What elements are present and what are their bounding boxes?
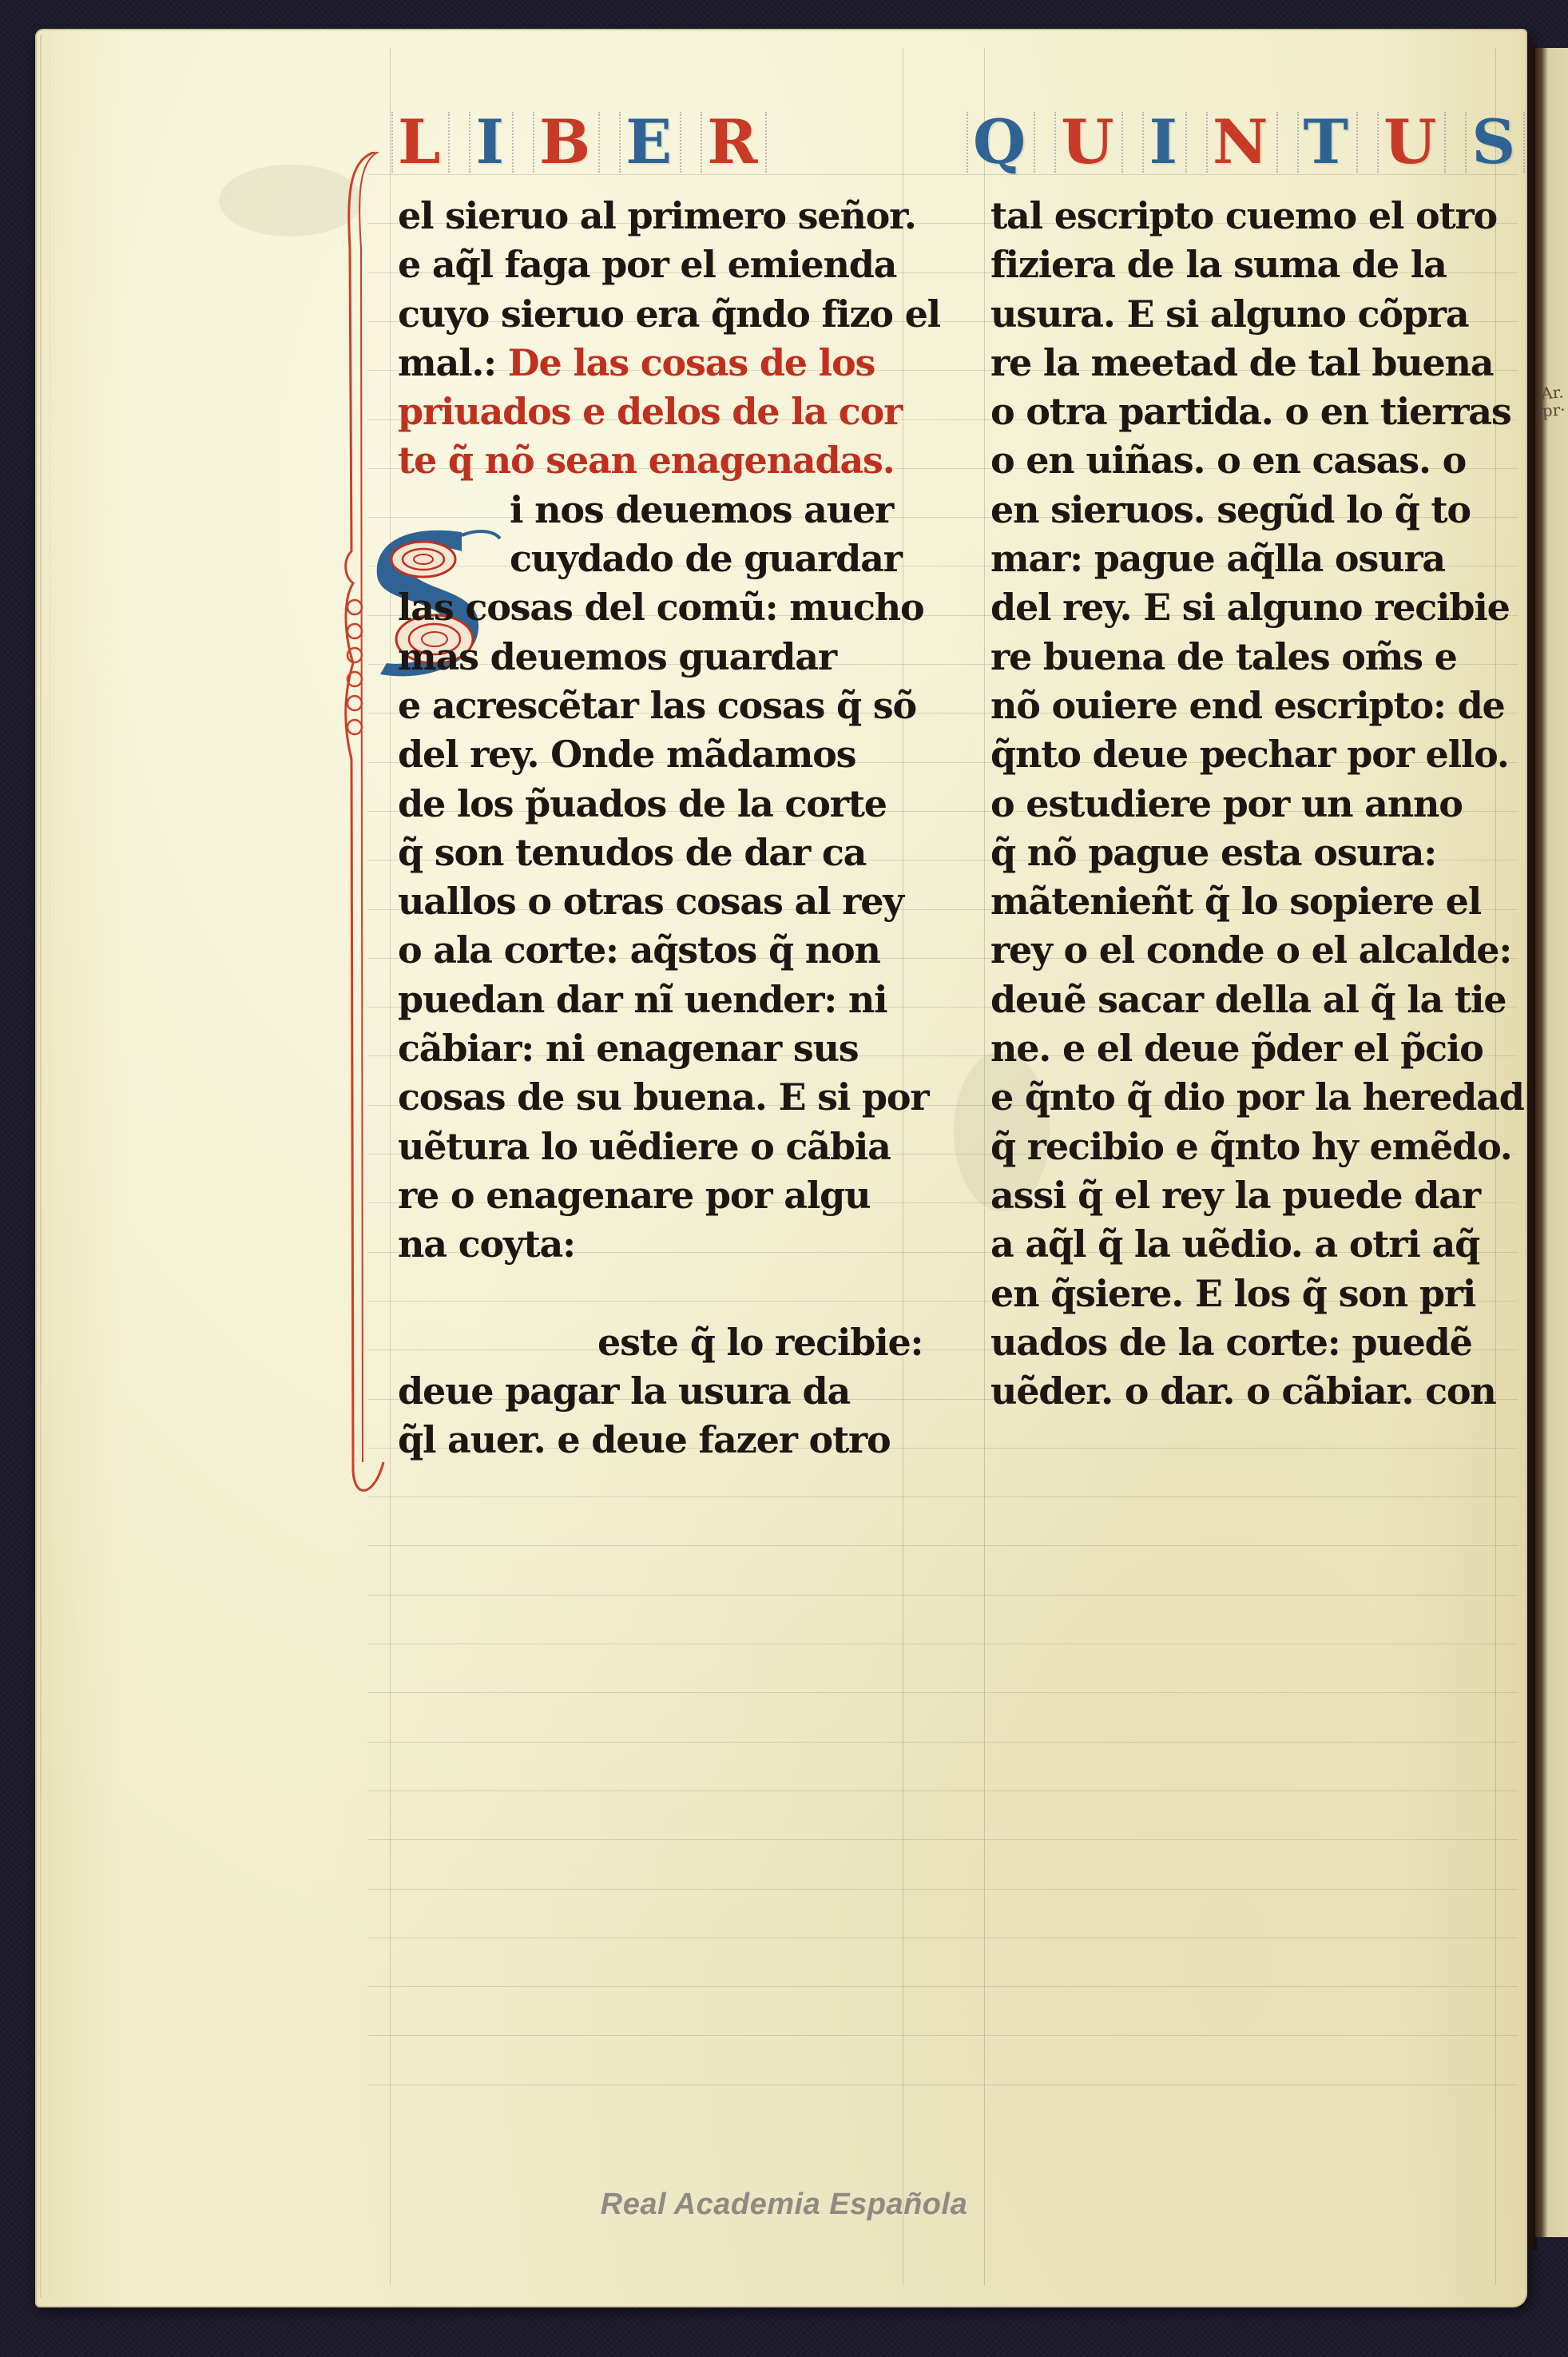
header-letter: T	[1297, 112, 1359, 173]
ruling-line-horizontal	[367, 1938, 1518, 1938]
marginal-flourish-icon	[343, 152, 391, 1510]
header-letter: U	[1054, 112, 1123, 173]
text-line: q̃ son tenudos de dar ca	[398, 829, 893, 877]
running-header-right: QUINTUS	[967, 112, 1525, 173]
line-text: en q̃siere. E los q̃ son pri	[990, 1272, 1475, 1315]
ruling-line-horizontal	[367, 1595, 1518, 1596]
header-letter: E	[619, 112, 681, 173]
header-letter: L	[391, 112, 450, 173]
line-text: te q̃ nõ sean enagenadas.	[398, 439, 895, 482]
text-line: mar: pague aq̃lla osura	[990, 535, 1486, 583]
text-line: deue pagar la usura da	[398, 1367, 893, 1416]
line-text: uẽder. o dar. o cãbiar. con	[990, 1369, 1496, 1413]
line-text: e q̃nto q̃ dio por la heredad	[990, 1075, 1524, 1119]
rubric-heading: De las cosas de los	[496, 341, 875, 384]
text-line: q̃nto deue pechar por ello.	[990, 730, 1486, 779]
text-line: o otra partida. o en tierras	[990, 388, 1486, 436]
text-line: cuyo sieruo era q̃ndo fizo el	[398, 290, 893, 339]
header-letter: R	[701, 112, 767, 173]
line-text: q̃l auer. e deue fazer otro	[398, 1418, 891, 1461]
line-text: uallos o otras cosas al rey	[398, 880, 903, 923]
running-header-left: LIBER	[391, 112, 767, 173]
text-line: assi q̃ el rey la puede dar	[990, 1171, 1486, 1220]
line-text: deue pagar la usura da	[398, 1369, 850, 1413]
line-text: priuados e delos de la cor	[398, 390, 902, 433]
text-line: cosas de su buena. E si por	[398, 1073, 893, 1122]
line-text: q̃ nõ pague esta osura:	[990, 831, 1436, 874]
text-line: en q̃siere. E los q̃ son pri	[990, 1270, 1486, 1318]
text-line: de los p̃uados de la corte	[398, 780, 893, 829]
ruling-line-horizontal	[367, 1839, 1518, 1840]
text-column-right: tal escripto cuemo el otrofiziera de la …	[990, 192, 1486, 1416]
text-line: na coyta:	[398, 1220, 893, 1269]
line-text: q̃ recibio e q̃nto hy emẽdo.	[990, 1125, 1512, 1168]
margin-note: Ar. · pr·	[1541, 383, 1568, 420]
header-letter: Q	[967, 112, 1035, 173]
text-line: priuados e delos de la cor	[398, 388, 893, 436]
ruling-line-horizontal	[367, 1644, 1518, 1644]
line-text: e acrescẽtar las cosas q̃ sõ	[398, 684, 916, 727]
watermark: Real Academia Española	[0, 2188, 1568, 2222]
line-text: mar: pague aq̃lla osura	[990, 537, 1445, 580]
adjacent-page-edge: Ar. · pr·	[1535, 48, 1568, 2237]
line-text: usura. E si alguno cõpra	[990, 292, 1468, 336]
line-text: cuydado de guardar	[510, 537, 902, 580]
line-text: assi q̃ el rey la puede dar	[990, 1174, 1480, 1217]
header-letter: N	[1206, 112, 1277, 173]
ruling-line-horizontal	[367, 1791, 1518, 1791]
line-text: re buena de tales om̃s e	[990, 635, 1457, 678]
text-line: cãbiar: ni enagenar sus	[398, 1024, 893, 1073]
line-text: na coyta:	[398, 1222, 575, 1266]
text-line: el sieruo al primero señor.	[398, 192, 893, 240]
text-line: re buena de tales om̃s e	[990, 633, 1486, 682]
line-text: nõ ouiere end escripto: de	[990, 684, 1505, 727]
text-line: o ala corte: aq̃stos q̃ non	[398, 926, 893, 975]
ruling-line-horizontal	[367, 1496, 1518, 1497]
text-line: tal escripto cuemo el otro	[990, 192, 1486, 240]
line-text: a aq̃l q̃ la uẽdio. a otri aq̃	[990, 1222, 1479, 1266]
text-line: las cosas del comũ: mucho	[398, 583, 893, 632]
line-text: re la meetad de tal buena	[990, 341, 1493, 384]
line-text: o otra partida. o en tierras	[990, 390, 1511, 433]
text-line: uẽder. o dar. o cãbiar. con	[990, 1367, 1486, 1416]
text-line: e aq̃l faga por el emienda	[398, 240, 893, 289]
line-text: rey o el conde o el alcalde:	[990, 928, 1511, 972]
text-line: mal.: De las cosas de los	[398, 339, 893, 388]
line-text: tal escripto cuemo el otro	[990, 194, 1497, 237]
text-line: deuẽ sacar della al q̃ la tie	[990, 976, 1486, 1024]
line-text: re o enagenare por algu	[398, 1174, 870, 1217]
line-text: mãtenieñt q̃ lo sopiere el	[990, 880, 1481, 923]
text-line: q̃ nõ pague esta osura:	[990, 829, 1486, 877]
line-text: o en uiñas. o en casas. o	[990, 439, 1466, 482]
line-text: este q̃ lo recibie:	[597, 1321, 923, 1364]
ruling-line-vertical	[903, 48, 903, 2285]
line-text: mas deuemos guardar	[398, 635, 836, 678]
parchment-stain	[219, 165, 363, 236]
text-line: q̃ recibio e q̃nto hy emẽdo.	[990, 1123, 1486, 1171]
text-line: q̃l auer. e deue fazer otro	[398, 1416, 893, 1465]
text-line: este q̃ lo recibie:	[398, 1318, 893, 1367]
header-letter: S	[1465, 112, 1525, 173]
text-line: uados de la corte: puedẽ	[990, 1318, 1486, 1367]
text-line: re o enagenare por algu	[398, 1171, 893, 1220]
line-text: i nos deuemos auer	[510, 488, 893, 531]
ruling-line-vertical	[984, 48, 985, 2285]
line-text: e aq̃l faga por el emienda	[398, 243, 896, 286]
ruling-line-horizontal	[367, 1545, 1518, 1546]
line-text: del rey. E si alguno recibie	[990, 586, 1510, 629]
header-letter: U	[1377, 112, 1446, 173]
line-text: uados de la corte: puedẽ	[990, 1321, 1472, 1364]
line-text: de los p̃uados de la corte	[398, 782, 887, 825]
text-line: a aq̃l q̃ la uẽdio. a otri aq̃	[990, 1220, 1486, 1269]
header-letter: B	[533, 112, 600, 173]
line-text: mal.:	[398, 341, 496, 384]
ruling-line-horizontal	[367, 2085, 1518, 2085]
ruling-line-horizontal	[367, 1986, 1518, 1987]
text-line: ne. e el deue p̃der el p̃cio	[990, 1024, 1486, 1073]
text-line: mas deuemos guardar	[398, 633, 893, 682]
text-line: rey o el conde o el alcalde:	[990, 926, 1486, 975]
text-line: en sieruos. segũd lo q̃ to	[990, 486, 1486, 535]
text-line: re la meetad de tal buena	[990, 339, 1486, 388]
line-text: uẽtura lo uẽdiere o cãbia	[398, 1125, 891, 1168]
text-line: cuydado de guardar	[398, 535, 893, 583]
line-text: cãbiar: ni enagenar sus	[398, 1027, 859, 1070]
line-text: puedan dar nĩ uender: ni	[398, 978, 887, 1021]
header-letter: I	[469, 112, 514, 173]
line-text: en sieruos. segũd lo q̃ to	[990, 488, 1471, 531]
text-line: del rey. E si alguno recibie	[990, 583, 1486, 632]
text-line: uallos o otras cosas al rey	[398, 877, 893, 926]
text-line: mãtenieñt q̃ lo sopiere el	[990, 877, 1486, 926]
text-line: o en uiñas. o en casas. o	[990, 436, 1486, 485]
text-line: o estudiere por un anno	[990, 780, 1486, 829]
text-column-left: el sieruo al primero señor.e aq̃l faga p…	[398, 192, 893, 1465]
ruling-line-horizontal	[367, 1889, 1518, 1890]
text-line: e acrescẽtar las cosas q̃ sõ	[398, 682, 893, 730]
ruling-line-horizontal	[367, 2035, 1518, 2036]
line-text: cosas de su buena. E si por	[398, 1075, 928, 1119]
text-line: te q̃ nõ sean enagenadas.	[398, 436, 893, 485]
line-text: el sieruo al primero señor.	[398, 194, 916, 237]
text-line: fiziera de la suma de la	[990, 240, 1486, 289]
line-text: q̃ son tenudos de dar ca	[398, 831, 866, 874]
line-text: o estudiere por un anno	[990, 782, 1463, 825]
line-text: las cosas del comũ: mucho	[398, 586, 923, 629]
line-text: cuyo sieruo era q̃ndo fizo el	[398, 292, 940, 336]
line-text: o ala corte: aq̃stos q̃ non	[398, 928, 880, 972]
text-line: nõ ouiere end escripto: de	[990, 682, 1486, 730]
text-line: puedan dar nĩ uender: ni	[398, 976, 893, 1024]
text-line: usura. E si alguno cõpra	[990, 290, 1486, 339]
line-text: fiziera de la suma de la	[990, 243, 1447, 286]
text-line: del rey. Onde mãdamos	[398, 730, 893, 779]
line-text: deuẽ sacar della al q̃ la tie	[990, 978, 1506, 1021]
ruling-line-horizontal	[367, 1692, 1518, 1693]
line-text: del rey. Onde mãdamos	[398, 733, 855, 776]
ruling-line-horizontal	[367, 1742, 1518, 1743]
text-line: uẽtura lo uẽdiere o cãbia	[398, 1123, 893, 1171]
line-text: ne. e el deue p̃der el p̃cio	[990, 1027, 1483, 1070]
text-line: e q̃nto q̃ dio por la heredad	[990, 1073, 1486, 1122]
line-text: q̃nto deue pechar por ello.	[990, 733, 1509, 776]
text-line: i nos deuemos auer	[398, 486, 893, 535]
header-letter: I	[1142, 112, 1187, 173]
